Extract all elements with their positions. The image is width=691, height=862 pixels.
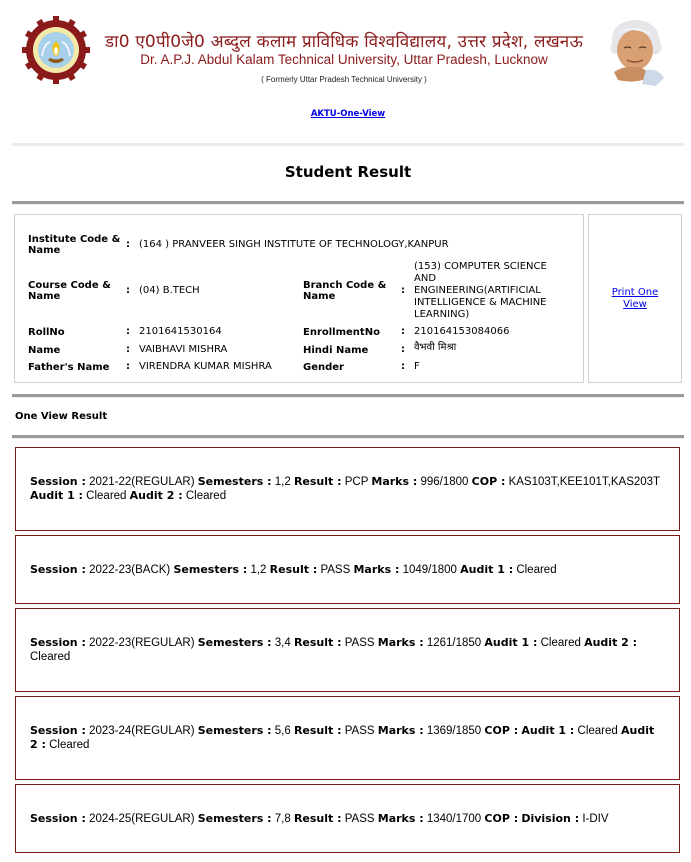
- field-label: Audit 2 :: [130, 489, 183, 502]
- colon: :: [126, 344, 130, 355]
- hindi-name-value: वैभवी मिश्रा: [414, 342, 456, 354]
- field-value: Cleared: [49, 739, 89, 751]
- session-result-text: Session : 2023-24(REGULAR) Semesters : 5…: [30, 724, 665, 752]
- field-label: Result :: [294, 475, 342, 488]
- field-label: Marks :: [378, 636, 424, 649]
- institute-label: Institute Code & Name: [28, 234, 128, 256]
- divider: [12, 435, 684, 439]
- field-label: Result :: [270, 563, 318, 576]
- student-info-panel: Institute Code & Name : (164 ) PRANVEER …: [14, 214, 584, 383]
- session-result-text: Session : 2021-22(REGULAR) Semesters : 1…: [30, 475, 665, 503]
- field-value: 1,2: [250, 564, 266, 576]
- field-value: 2022-23(REGULAR): [89, 637, 194, 649]
- field-value: Cleared: [578, 725, 618, 737]
- field-label: Audit 1 :: [30, 489, 83, 502]
- field-label: Semesters :: [198, 724, 272, 737]
- field-label: Audit 2 :: [584, 636, 637, 649]
- rollno-value: 2101641530164: [139, 326, 222, 338]
- field-value: 1049/1800: [403, 564, 457, 576]
- field-value: Cleared: [516, 564, 556, 576]
- colon: :: [401, 326, 405, 337]
- session-result-card: Session : 2023-24(REGULAR) Semesters : 5…: [15, 696, 680, 780]
- session-result-text: Session : 2022-23(REGULAR) Semesters : 3…: [30, 636, 665, 664]
- field-value: Cleared: [541, 637, 581, 649]
- field-value: PASS: [320, 564, 350, 576]
- branch-value: (153) COMPUTER SCIENCE AND ENGINEERING(A…: [414, 261, 564, 321]
- session-result-card: Session : 2022-23(REGULAR) Semesters : 3…: [15, 608, 680, 692]
- divider: [12, 201, 684, 205]
- colon: :: [126, 239, 130, 250]
- university-name-english: Dr. A.P.J. Abdul Kalam Technical Univers…: [104, 52, 584, 67]
- field-value: 2023-24(REGULAR): [89, 725, 194, 737]
- field-value: 1340/1700: [427, 813, 481, 825]
- session-result-card: Session : 2024-25(REGULAR) Semesters : 7…: [15, 784, 680, 853]
- branch-label: Branch Code & Name: [303, 280, 398, 302]
- field-value: Cleared: [186, 490, 226, 502]
- field-label: Session :: [30, 475, 86, 488]
- field-label: Semesters :: [198, 636, 272, 649]
- field-value: PASS: [345, 813, 375, 825]
- field-label: Session :: [30, 812, 86, 825]
- field-label: Semesters :: [198, 475, 272, 488]
- university-seal-icon: [22, 16, 90, 84]
- field-label: Session :: [30, 724, 86, 737]
- field-value: 1369/1850: [427, 725, 481, 737]
- enrollment-label: EnrollmentNo: [303, 327, 380, 338]
- field-label: Marks :: [371, 475, 417, 488]
- field-value: 3,4: [275, 637, 291, 649]
- university-formerly-name: ( Formerly Uttar Pradesh Technical Unive…: [104, 75, 584, 84]
- field-value: 5,6: [275, 725, 291, 737]
- field-value: 1261/1850: [427, 637, 481, 649]
- field-label: COP :: [484, 812, 518, 825]
- field-value: I-DIV: [582, 813, 608, 825]
- field-value: KAS103T,KEE101T,KAS203T: [509, 476, 660, 488]
- field-value: 2021-22(REGULAR): [89, 476, 194, 488]
- father-name-label: Father's Name: [28, 362, 109, 373]
- father-name-value: VIRENDRA KUMAR MISHRA: [139, 361, 272, 373]
- field-value: PCP: [345, 476, 368, 488]
- field-label: Audit 1 :: [460, 563, 513, 576]
- colon: :: [126, 326, 130, 337]
- session-result-card: Session : 2022-23(BACK) Semesters : 1,2 …: [15, 535, 680, 604]
- print-panel: Print One View: [588, 214, 682, 383]
- field-value: Cleared: [86, 490, 126, 502]
- hindi-name-label: Hindi Name: [303, 345, 368, 356]
- field-label: Marks :: [378, 724, 424, 737]
- course-value: (04) B.TECH: [139, 285, 200, 297]
- field-label: Session :: [30, 636, 86, 649]
- field-value: 996/1800: [420, 476, 468, 488]
- enrollment-value: 210164153084066: [414, 326, 509, 338]
- session-result-text: Session : 2022-23(BACK) Semesters : 1,2 …: [30, 563, 557, 577]
- portrait-image: [598, 14, 674, 88]
- field-label: COP :: [484, 724, 518, 737]
- divider: [12, 394, 684, 398]
- colon: :: [401, 361, 405, 372]
- field-label: Semesters :: [173, 563, 247, 576]
- field-value: 7,8: [275, 813, 291, 825]
- field-value: 2022-23(BACK): [89, 564, 170, 576]
- field-label: Result :: [294, 724, 342, 737]
- session-result-card: Session : 2021-22(REGULAR) Semesters : 1…: [15, 447, 680, 531]
- course-label: Course Code & Name: [28, 280, 123, 302]
- name-label: Name: [28, 345, 60, 356]
- session-result-text: Session : 2024-25(REGULAR) Semesters : 7…: [30, 812, 609, 826]
- rollno-label: RollNo: [28, 327, 65, 338]
- field-label: Marks :: [378, 812, 424, 825]
- field-label: Marks :: [353, 563, 399, 576]
- university-name-hindi: डा0 ए0पी0जे0 अब्दुल कलाम प्राविधिक विश्व…: [104, 29, 584, 52]
- field-label: Result :: [294, 812, 342, 825]
- field-label: Semesters :: [198, 812, 272, 825]
- colon: :: [401, 344, 405, 355]
- field-value: PASS: [345, 725, 375, 737]
- colon: :: [401, 285, 405, 296]
- print-one-view-link[interactable]: Print One View: [607, 287, 663, 311]
- field-value: PASS: [345, 637, 375, 649]
- page-title: Student Result: [0, 163, 691, 181]
- field-label: Audit 1 :: [521, 724, 574, 737]
- name-value: VAIBHAVI MISHRA: [139, 344, 227, 356]
- field-label: Division :: [521, 812, 579, 825]
- colon: :: [126, 361, 130, 372]
- field-value: Cleared: [30, 651, 70, 663]
- field-label: Result :: [294, 636, 342, 649]
- aktu-one-view-link[interactable]: AKTU-One-View: [0, 109, 691, 119]
- field-label: Audit 1 :: [484, 636, 537, 649]
- institute-value: (164 ) PRANVEER SINGH INSTITUTE OF TECHN…: [139, 239, 449, 251]
- colon: :: [126, 285, 130, 296]
- university-header: डा0 ए0पी0जे0 अब्दुल कलाम प्राविधिक विश्व…: [0, 0, 691, 100]
- field-label: Session :: [30, 563, 86, 576]
- field-label: COP :: [472, 475, 506, 488]
- field-value: 2024-25(REGULAR): [89, 813, 194, 825]
- field-value: 1,2: [275, 476, 291, 488]
- divider: [12, 143, 684, 146]
- gender-label: Gender: [303, 362, 344, 373]
- gender-value: F: [414, 361, 420, 373]
- one-view-result-heading: One View Result: [15, 411, 107, 422]
